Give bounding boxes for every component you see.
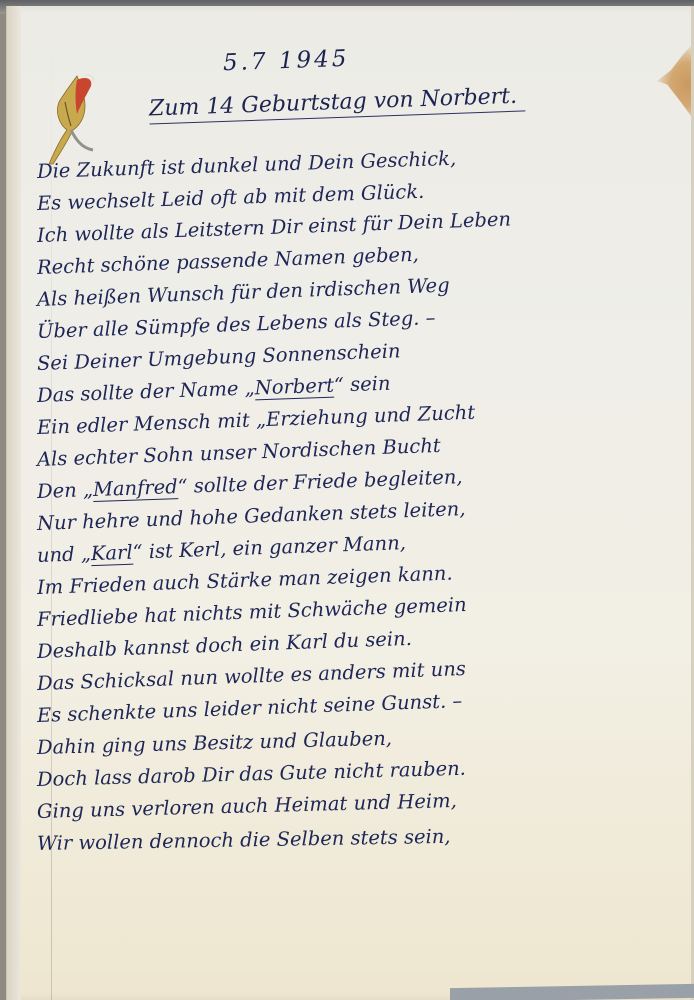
name-manfred: Manfred <box>93 475 179 502</box>
page-inner-edge <box>7 6 21 1000</box>
water-stain <box>657 46 691 116</box>
line-text: Den „ <box>37 478 94 503</box>
handwritten-page: 5.7 1945 Zum 14 Geburtstag von Norbert. … <box>6 6 694 1000</box>
pressed-flower-icon <box>41 72 111 166</box>
name-karl: Karl <box>90 541 133 566</box>
name-norbert: Norbert <box>254 374 334 401</box>
line-text: “ sein <box>334 372 391 397</box>
line-text: “ ist Kerl, ein ganzer Mann, <box>132 531 406 564</box>
entry-date: 5.7 1945 <box>223 46 350 76</box>
poem-body: Die Zukunft ist dunkel und Dein Geschick… <box>37 156 677 860</box>
entry-title: Zum 14 Geburtstag von Norbert. <box>149 83 526 124</box>
line-text: “ sollte der Friede begleiten, <box>177 465 463 498</box>
line-text: Das sollte der Name „ <box>37 376 255 407</box>
line-text: und „ <box>37 542 92 567</box>
